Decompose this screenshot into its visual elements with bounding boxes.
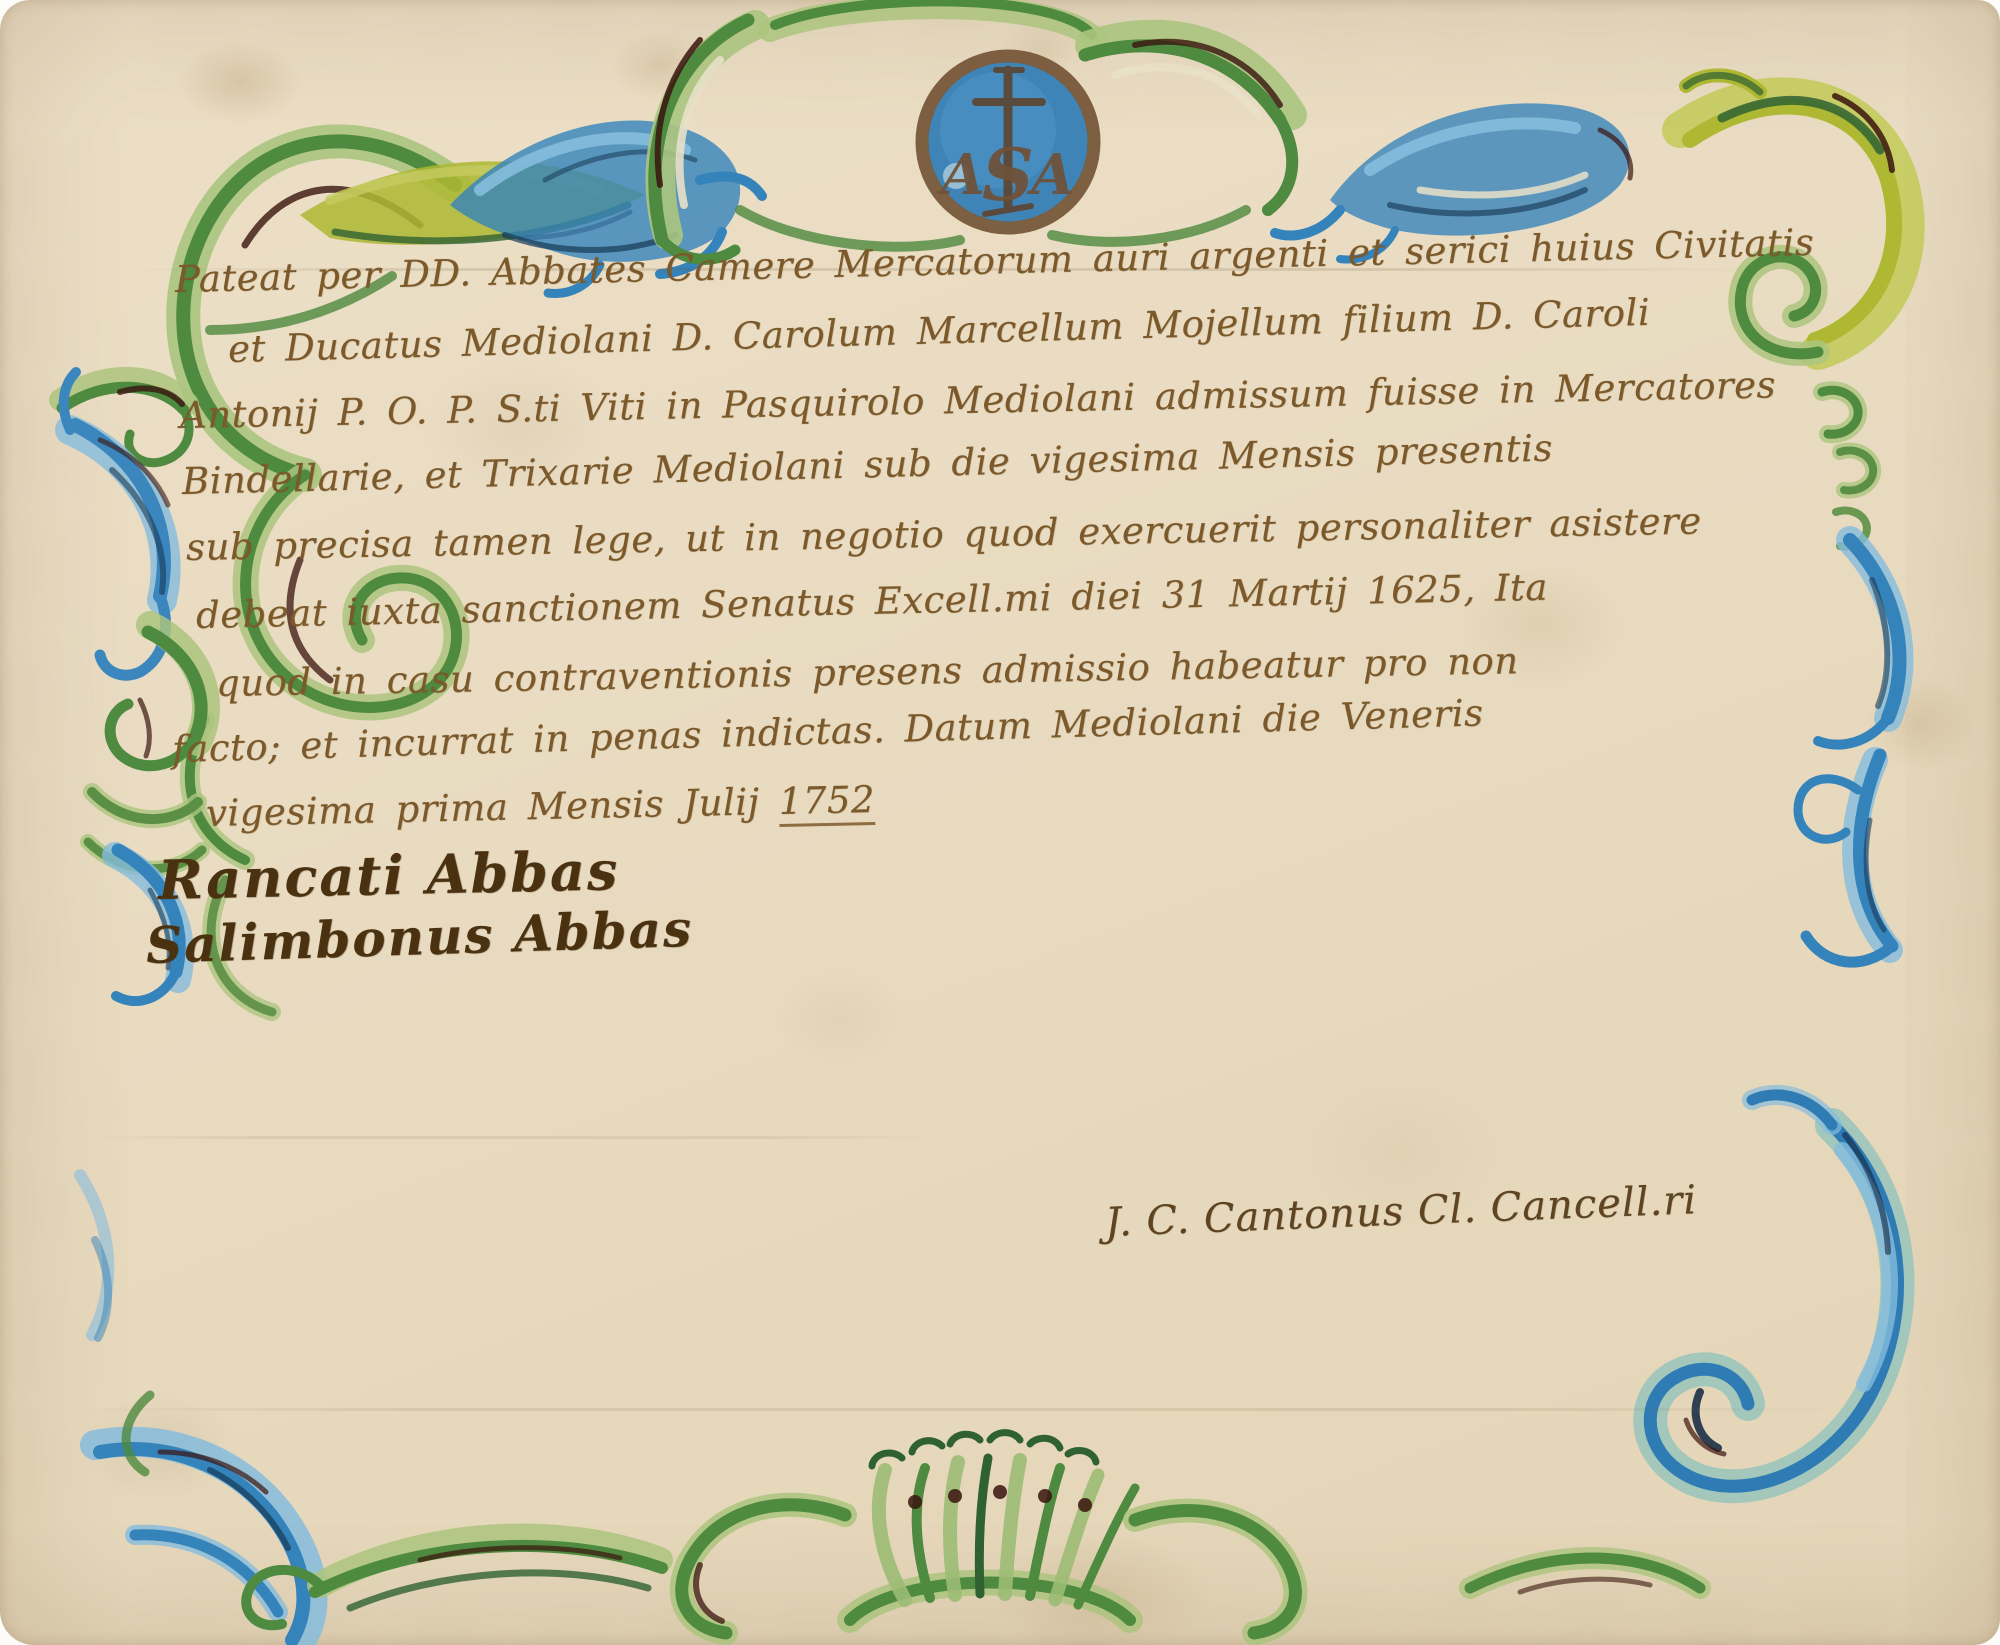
date-line: vigesima prima Mensis Julij 1752: [206, 778, 876, 835]
manuscript-scan: A S A: [0, 0, 2000, 1645]
body-line: et Ducatus Mediolani D. Carolum Marcellu…: [227, 291, 1650, 371]
body-line: Bindellarie, et Trixarie Mediolani sub d…: [181, 427, 1553, 503]
body-line: Pateat per DD. Abbates Camere Mercatorum…: [175, 221, 1815, 301]
body-line: debeat iuxta sanctionem Senatus Excell.m…: [196, 566, 1549, 637]
date-line-prefix: vigesima prima Mensis Julij: [206, 780, 780, 835]
body-line: facto; et incurrat in penas indictas. Da…: [171, 691, 1484, 771]
body-line: sub precisa tamen lege, ut in negotio qu…: [186, 500, 1702, 569]
abbot-signature: Rancati Abbas: [157, 838, 620, 912]
chancellor-signature: J. C. Cantonus Cl. Cancell.ri: [1104, 1177, 1698, 1246]
date-year-underlined: 1752: [778, 778, 875, 827]
manuscript-text-block: Pateat per DD. Abbates Camere Mercatorum…: [0, 0, 2000, 1645]
